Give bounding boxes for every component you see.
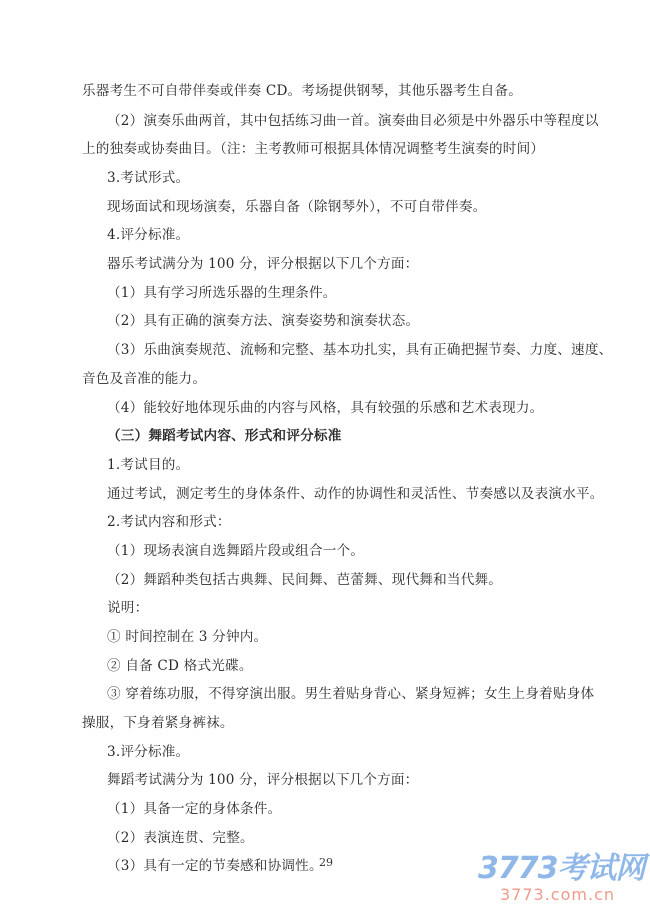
text-line: 3.考试形式。 bbox=[107, 169, 189, 187]
text-line: 4.评分标准。 bbox=[107, 226, 189, 244]
text-line: 操服，下身着紧身裤袜。 bbox=[82, 714, 234, 732]
text-line: （1）现场表演自选舞蹈片段或组合一个。 bbox=[107, 542, 364, 560]
text-line: 音色及音准的能力。 bbox=[82, 370, 206, 388]
text-line: 3.评分标准。 bbox=[107, 743, 189, 761]
text-line: ① 时间控制在 3 分钟内。 bbox=[107, 628, 267, 646]
page-number: 29 bbox=[319, 856, 333, 869]
watermark-logo-text: 3773考试网 bbox=[478, 852, 645, 886]
text-line: （1）具有学习所选乐器的生理条件。 bbox=[107, 284, 337, 302]
text-line: 器乐考试满分为 100 分，评分根据以下几个方面： bbox=[107, 255, 418, 273]
section-heading: （三）舞蹈考试内容、形式和评分标准 bbox=[107, 427, 342, 445]
text-line: （2）表演连贯、完整。 bbox=[107, 829, 254, 847]
text-line: ③ 穿着练功服，不得穿演出服。男生着贴身背心、紧身短裤；女生上身着贴身体 bbox=[107, 685, 594, 703]
text-line: 现场面试和现场演奏，乐器自备（除钢琴外），不可自带伴奏。 bbox=[107, 198, 486, 216]
text-line: 1.考试目的。 bbox=[107, 456, 189, 474]
text-line: （2）具有正确的演奏方法、演奏姿势和演奏状态。 bbox=[107, 312, 419, 330]
text-line: （4）能较好地体现乐曲的内容与风格，具有较强的乐感和艺术表现力。 bbox=[107, 399, 543, 417]
watermark-url: 3773.com.cn bbox=[500, 886, 615, 904]
text-line: ② 自备 CD 格式光碟。 bbox=[107, 657, 253, 675]
text-line: （2）舞蹈种类包括古典舞、民间舞、芭蕾舞、现代舞和当代舞。 bbox=[107, 571, 502, 589]
text-line: 通过考试，测定考生的身体条件、动作的协调性和灵活性、节奏感以及表演水平。 bbox=[107, 485, 604, 503]
text-line: 上的独奏或协奏曲目。（注：主考教师可根据具体情况调整考生演奏的时间） bbox=[82, 140, 544, 158]
text-line: （3）具有一定的节奏感和协调性。 bbox=[107, 857, 323, 875]
text-line: （2）演奏乐曲两首，其中包括练习曲一首。演奏曲目必须是中外器乐中等程度以 bbox=[107, 112, 599, 130]
text-line: （3）乐曲演奏规范、流畅和完整、基本功扎实，具有正确把握节奏、力度、速度、 bbox=[107, 341, 612, 359]
text-line: 舞蹈考试满分为 100 分，评分根据以下几个方面： bbox=[107, 771, 418, 789]
text-line: （1）具备一定的身体条件。 bbox=[107, 800, 281, 818]
text-line: 乐器考生不可自带伴奏或伴奏 CD。考场提供钢琴，其他乐器考生自备。 bbox=[82, 82, 522, 100]
text-line: 说明： bbox=[107, 599, 148, 617]
document-page: 乐器考生不可自带伴奏或伴奏 CD。考场提供钢琴，其他乐器考生自备。（2）演奏乐曲… bbox=[0, 0, 650, 919]
text-line: 2.考试内容和形式： bbox=[107, 513, 231, 531]
site-watermark: 3773考试网 3773.com.cn bbox=[478, 852, 648, 910]
